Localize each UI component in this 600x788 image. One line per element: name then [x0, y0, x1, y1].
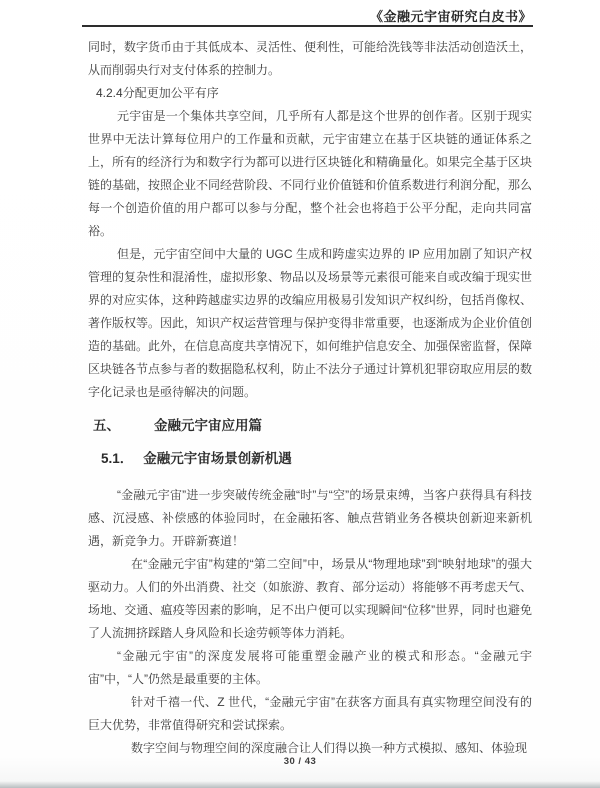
paragraph: 针对千禧一代、Z 世代，“金融元宇宙”在获客方面具有真实物理空间没有的巨大优势，…: [88, 691, 532, 737]
page-bottom-edge: [0, 781, 600, 788]
chapter-number: 五、: [93, 418, 120, 433]
paragraph: “金融元宇宙”进一步突破传统金融“时”与“空”的场景束缚，当客户获得具有科技感、…: [88, 484, 532, 553]
paragraph: 同时，数字货币由于其低成本、灵活性、便利性，可能给洗钱等非法活动创造沃土，从而削…: [88, 36, 532, 82]
section-title: 金融元宇宙场景创新机遇: [143, 451, 292, 466]
page-footer: 30 / 43: [0, 756, 600, 767]
section-heading: 5.1．金融元宇宙场景创新机遇: [88, 447, 532, 470]
chapter-heading: 五、金融元宇宙应用篇: [88, 414, 532, 437]
document-page: 《金融元宇宙研究白皮书》 同时，数字货币由于其低成本、灵活性、便利性，可能给洗钱…: [0, 0, 600, 788]
paragraph: 在“金融元宇宙”构建的“第二空间”中，场景从“物理地球”到“映射地球”的强大驱动…: [88, 553, 532, 645]
subsection-heading: 4.2.4分配更加公平有序: [88, 82, 532, 105]
paragraph: “金融元宇宙”的深度发展将可能重塑金融产业的模式和形态。“金融元宇宙”中，“人”…: [88, 645, 532, 691]
running-head-title: 《金融元宇宙研究白皮书》: [82, 6, 532, 25]
document-body: 同时，数字货币由于其低成本、灵活性、便利性，可能给洗钱等非法活动创造沃土，从而削…: [88, 36, 532, 760]
page-number: 30 / 43: [284, 756, 317, 767]
paragraph: 但是，元宇宙空间中大量的 UGC 生成和跨虚实边界的 IP 应用加剧了知识产权管…: [88, 243, 532, 404]
header-rule: [82, 25, 533, 27]
section-number: 5.1．: [101, 451, 133, 466]
paragraph: 元宇宙是一个集体共享空间，几乎所有人都是这个世界的创作者。区别于现实世界中无法计…: [88, 105, 532, 243]
chapter-title: 金融元宇宙应用篇: [154, 418, 262, 433]
